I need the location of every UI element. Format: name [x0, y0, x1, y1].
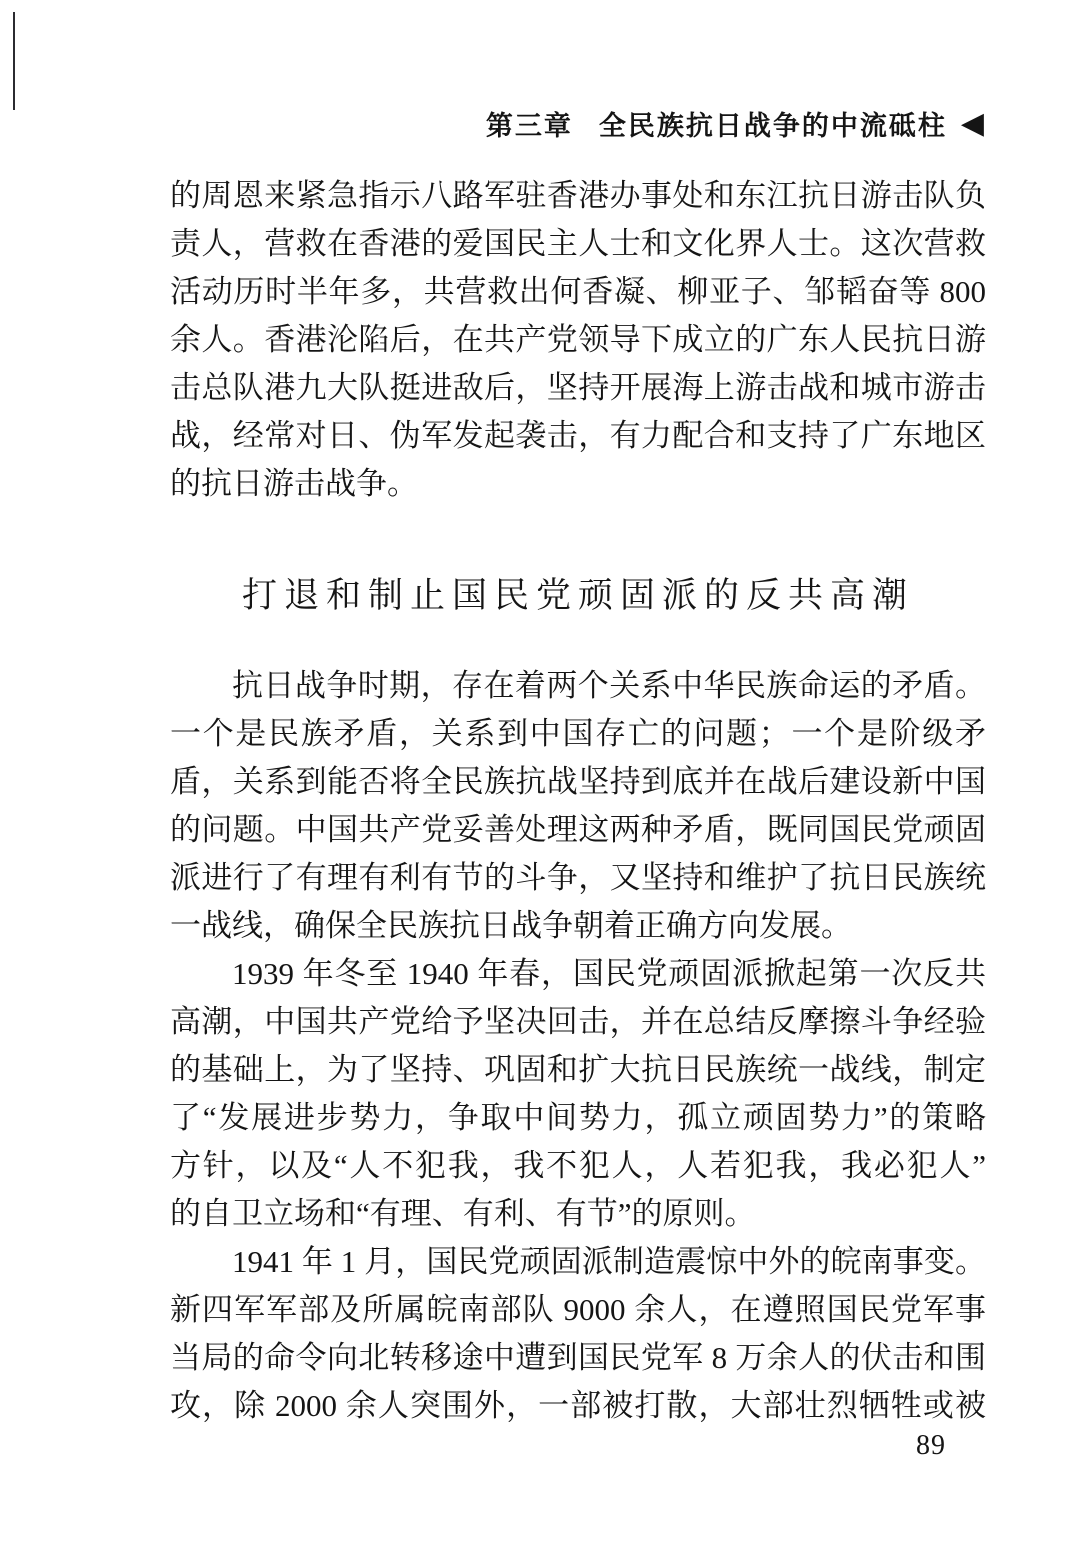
text-line: 一战线，确保全民族抗日战争朝着正确方向发展。 — [170, 902, 986, 950]
text-line: 的抗日游击战争。 — [170, 460, 986, 508]
text-line: 击总队港九大队挺进敌后，坚持开展海上游击战和城市游击 — [170, 364, 986, 412]
text-line: 的基础上，为了坚持、巩固和扩大抗日民族统一战线，制定 — [170, 1046, 986, 1094]
text-line: 一个是民族矛盾，关系到中国存亡的问题；一个是阶级矛 — [170, 710, 986, 758]
text-line: 余人。香港沦陷后，在共产党领导下成立的广东人民抗日游 — [170, 316, 986, 364]
text-line: 了“发展进步势力，争取中间势力，孤立顽固势力”的策略 — [170, 1094, 986, 1142]
text-line: 战，经常对日、伪军发起袭击，有力配合和支持了广东地区 — [170, 412, 986, 460]
running-header: 第三章 全民族抗日战争的中流砥柱 ◀ — [486, 104, 986, 143]
chapter-title: 全民族抗日战争的中流砥柱 — [599, 104, 947, 143]
text-line: 责人，营救在香港的爱国民主人士和文化界人士。这次营救 — [170, 220, 986, 268]
paragraph: 抗日战争时期，存在着两个关系中华民族命运的矛盾。 一个是民族矛盾，关系到中国存亡… — [170, 662, 986, 950]
paragraph: 1939 年冬至 1940 年春，国民党顽固派掀起第一次反共 高潮，中国共产党给… — [170, 950, 986, 1238]
text-line: 高潮，中国共产党给予坚决回击，并在总结反摩擦斗争经验 — [170, 998, 986, 1046]
text-line: 派进行了有理有利有节的斗争，又坚持和维护了抗日民族统 — [170, 854, 986, 902]
scan-artifact-line — [13, 12, 15, 110]
text-line: 攻，除 2000 余人突围外，一部被打散，大部壮烈牺牲或被 — [170, 1382, 986, 1430]
text-line: 的周恩来紧急指示八路军驻香港办事处和东江抗日游击队负 — [170, 172, 986, 220]
left-triangle-icon: ◀ — [961, 109, 986, 139]
chapter-label: 第三章 — [486, 104, 573, 143]
paragraph-continuation: 的周恩来紧急指示八路军驻香港办事处和东江抗日游击队负 责人，营救在香港的爱国民主… — [170, 172, 986, 508]
text-line: 抗日战争时期，存在着两个关系中华民族命运的矛盾。 — [170, 662, 986, 710]
text-line: 当局的命令向北转移途中遭到国民党军 8 万余人的伏击和围 — [170, 1334, 986, 1382]
page-body: 的周恩来紧急指示八路军驻香港办事处和东江抗日游击队负 责人，营救在香港的爱国民主… — [170, 172, 986, 1430]
book-page: 第三章 全民族抗日战争的中流砥柱 ◀ 的周恩来紧急指示八路军驻香港办事处和东江抗… — [0, 0, 1080, 1546]
text-line: 的问题。中国共产党妥善处理这两种矛盾，既同国民党顽固 — [170, 806, 986, 854]
text-line: 活动历时半年多，共营救出何香凝、柳亚子、邹韬奋等 800 — [170, 268, 986, 316]
text-line: 1941 年 1 月，国民党顽固派制造震惊中外的皖南事变。 — [170, 1238, 986, 1286]
text-line: 新四军军部及所属皖南部队 9000 余人，在遵照国民党军事 — [170, 1286, 986, 1334]
text-line: 的自卫立场和“有理、有利、有节”的原则。 — [170, 1190, 986, 1238]
paragraph: 1941 年 1 月，国民党顽固派制造震惊中外的皖南事变。 新四军军部及所属皖南… — [170, 1238, 986, 1430]
section-heading: 打退和制止国民党顽固派的反共高潮 — [170, 570, 986, 622]
text-line: 1939 年冬至 1940 年春，国民党顽固派掀起第一次反共 — [170, 950, 986, 998]
page-number: 89 — [916, 1430, 946, 1462]
text-line: 方针，以及“人不犯我，我不犯人，人若犯我，我必犯人” — [170, 1142, 986, 1190]
text-line: 盾，关系到能否将全民族抗战坚持到底并在战后建设新中国 — [170, 758, 986, 806]
